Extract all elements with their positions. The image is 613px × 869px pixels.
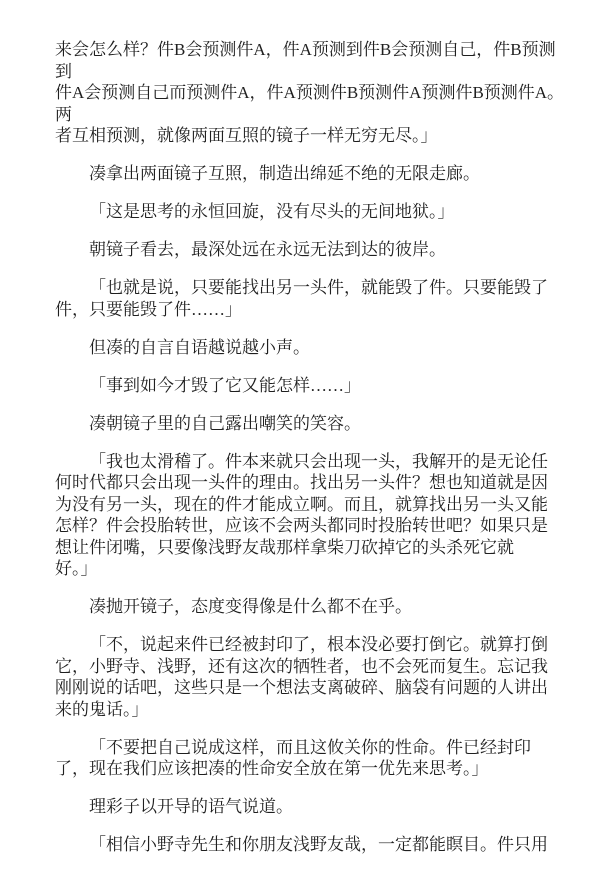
text-paragraph: 「不要把自己说成这样，而且这攸关你的性命。件已经封印 了，现在我们应该把凑的性命… (55, 737, 565, 780)
text-paragraph: 理彩子以开导的语气说道。 (55, 796, 565, 818)
text-paragraph: 朝镜子看去，最深处远在永远无法到达的彼岸。 (55, 239, 565, 261)
text-paragraph: 「也就是说，只要能找出另一头件，就能毁了件。只要能毁了 件，只要能毁了件……」 (55, 277, 565, 320)
novel-page: 来会怎么样？件B会预测件A，件A预测到件B会预测自己，件B预测到 件A会预测自己… (0, 0, 613, 869)
text-paragraph: 但凑的自言自语越说越小声。 (55, 337, 565, 359)
text-paragraph: 「相信小野寺先生和你朋友浅野友哉，一定都能瞑目。件只用 (55, 834, 565, 856)
text-paragraph: 「我也太滑稽了。件本来就只会出现一头，我解开的是无论任 何时代都只会出现一头件的… (55, 451, 565, 580)
text-paragraph: 凑朝镜子里的自己露出嘲笑的笑容。 (55, 413, 565, 435)
text-body: 来会怎么样？件B会预测件A，件A预测到件B会预测自己，件B预测到 件A会预测自己… (55, 39, 565, 856)
text-paragraph: 凑抛开镜子，态度变得像是什么都不在乎。 (55, 596, 565, 618)
text-paragraph: 「这是思考的永恒回旋，没有尽头的无间地狱。」 (55, 201, 565, 223)
text-paragraph: 凑拿出两面镜子互照，制造出绵延不绝的无限走廊。 (55, 163, 565, 185)
text-paragraph: 「事到如今才毁了它又能怎样……」 (55, 375, 565, 397)
text-paragraph: 「不，说起来件已经被封印了，根本没必要打倒它。就算打倒 它，小野寺、浅野，还有这… (55, 634, 565, 720)
text-paragraph-continuation: 来会怎么样？件B会预测件A，件A预测到件B会预测自己，件B预测到 件A会预测自己… (55, 39, 565, 147)
